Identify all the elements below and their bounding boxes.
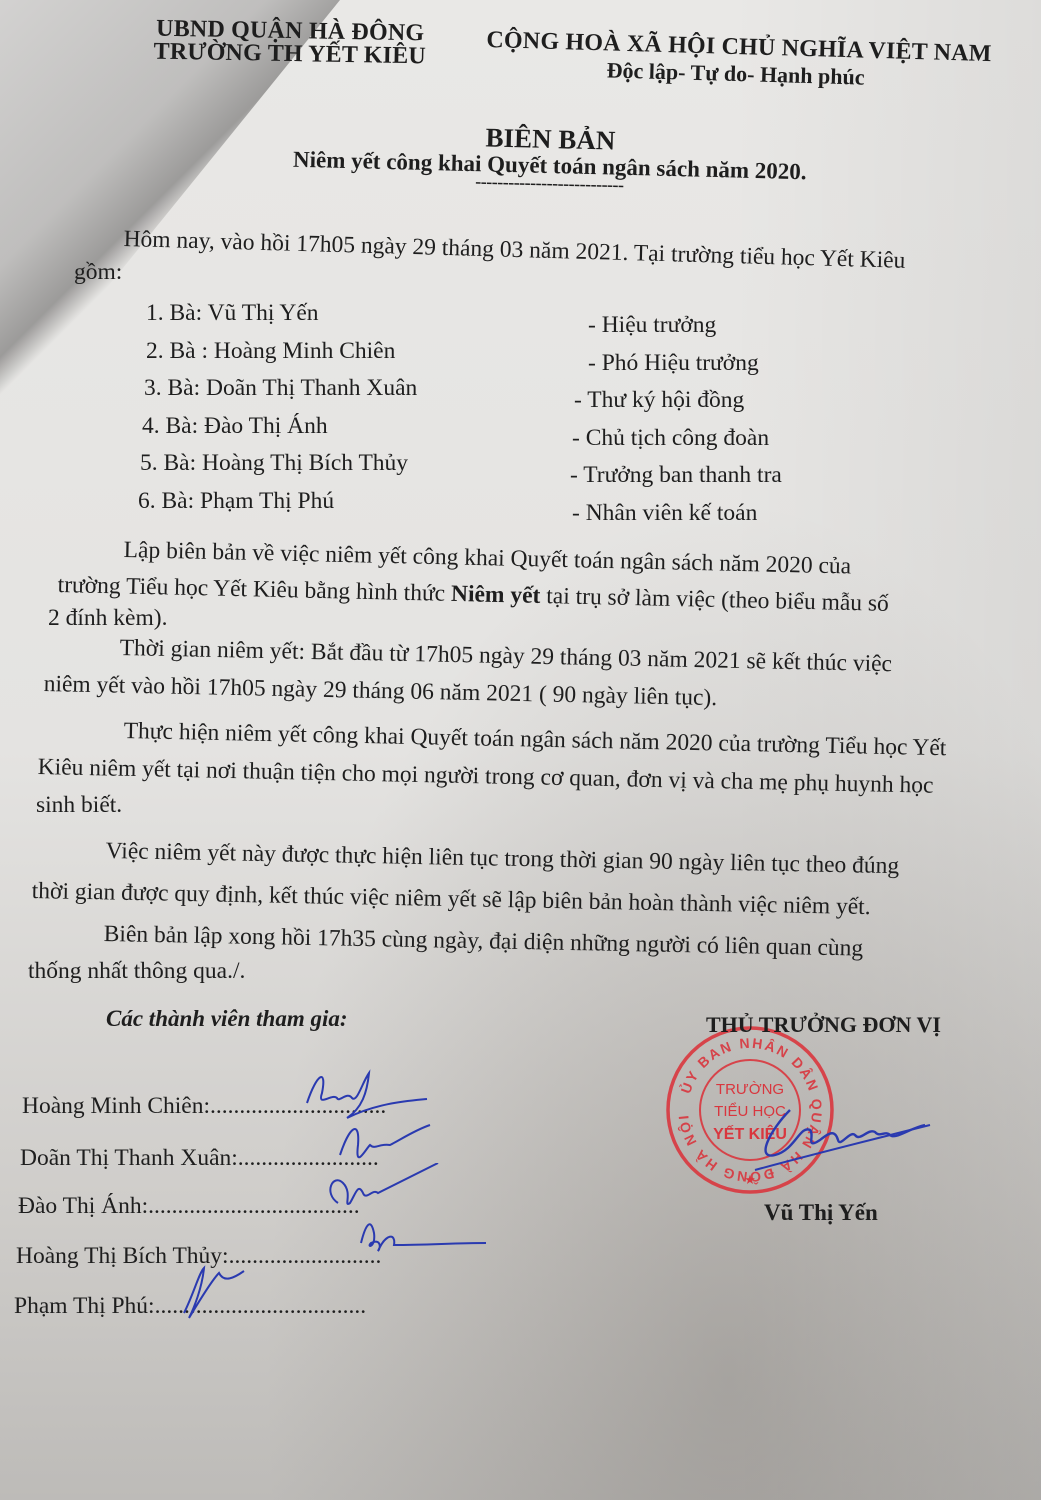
intro-line2: gồm: bbox=[74, 259, 122, 286]
member-role: - Phó Hiệu trưởng bbox=[588, 350, 759, 377]
intro-line1: Hôm nay, vào hồi 17h05 ngày 29 tháng 03 … bbox=[123, 226, 905, 275]
participant-signature-line: Phạm Thị Phú:...........................… bbox=[14, 1293, 366, 1320]
participant-name: Doãn Thị Thanh Xuân: bbox=[20, 1145, 238, 1171]
participant-name: Hoàng Thị Bích Thủy: bbox=[16, 1243, 229, 1269]
signature-dots: .................................... bbox=[148, 1193, 360, 1219]
member-name: 3. Bà: Doãn Thị Thanh Xuân bbox=[144, 375, 417, 402]
school-stamp: ỦY BAN NHÂN DÂN QUẬN HÀ ĐÔNG HÀ NỘI TRƯỜ… bbox=[664, 1024, 836, 1196]
member-name: 6. Bà: Phạm Thị Phú bbox=[138, 488, 334, 515]
p1-line2-bold: Niêm yết bbox=[451, 581, 541, 609]
participant-name: Đào Thị Ánh: bbox=[18, 1193, 148, 1219]
member-name: 4. Bà: Đào Thị Ánh bbox=[142, 413, 328, 440]
p3-line1: Thực hiện niêm yết công khai Quyết toán … bbox=[123, 718, 946, 762]
p3-line3: sinh biết. bbox=[36, 792, 122, 819]
signature-dots: .......................... bbox=[229, 1243, 382, 1269]
head-of-unit-title: THỦ TRƯỞNG ĐƠN VỊ bbox=[706, 1012, 941, 1038]
member-role: - Trưởng ban thanh tra bbox=[570, 462, 782, 489]
p5-line2: thống nhất thông qua./. bbox=[28, 958, 245, 985]
p5-line1: Biên bản lập xong hồi 17h35 cùng ngày, đ… bbox=[103, 921, 863, 963]
national-header: CỘNG HOÀ XÃ HỘI CHỦ NGHĨA VIỆT NAM Độc l… bbox=[485, 27, 986, 94]
p2-line2: niêm yết vào hồi 17h05 ngày 29 tháng 06 … bbox=[43, 671, 717, 712]
participant-name: Hoàng Minh Chiên: bbox=[22, 1093, 210, 1119]
p1-line2: trường Tiểu học Yết Kiêu bằng hình thức … bbox=[57, 572, 889, 618]
participant-signature-line: Doãn Thị Thanh Xuân:....................… bbox=[20, 1145, 379, 1172]
participant-signature-line: Hoàng Thị Bích Thủy:....................… bbox=[16, 1243, 381, 1270]
stamp-line-1: TRƯỜNG bbox=[716, 1081, 784, 1098]
p3-line2: Kiêu niêm yết tại nơi thuận tiện cho mọi… bbox=[37, 754, 933, 800]
member-role: - Nhân viên kế toán bbox=[572, 500, 757, 527]
member-role: - Thư ký hội đồng bbox=[574, 387, 744, 414]
p2-line1: Thời gian niêm yết: Bắt đầu từ 17h05 ngà… bbox=[119, 635, 892, 678]
member-name: 2. Bà : Hoàng Minh Chiên bbox=[146, 338, 395, 365]
stamp-line-2: TIỂU HỌC bbox=[714, 1102, 786, 1120]
stamp-star-icon: ★ bbox=[744, 1173, 756, 1188]
participant-signature-line: Hoàng Minh Chiên:.......................… bbox=[22, 1093, 386, 1120]
document-title-block: BIÊN BẢN Niêm yết công khai Quyết toán n… bbox=[239, 116, 861, 201]
p1-line3: 2 đính kèm). bbox=[48, 605, 167, 632]
p1-line2-text-post: tại trụ sở làm việc (theo biểu mẫu số bbox=[540, 583, 889, 617]
head-of-unit-name: Vũ Thị Yến bbox=[764, 1200, 878, 1226]
stamp-line-3: YẾT KIÊU bbox=[713, 1124, 787, 1143]
signature-dots: ........................ bbox=[238, 1145, 379, 1171]
signature-dots: .............................. bbox=[210, 1093, 386, 1119]
school-name: TRƯỜNG TH YẾT KIÊU bbox=[140, 38, 440, 70]
member-role: - Chủ tịch công đoàn bbox=[572, 425, 769, 452]
agency-header: UBND QUẬN HÀ ĐÔNG TRƯỜNG TH YẾT KIÊU bbox=[140, 15, 441, 70]
participant-signature-line: Đào Thị Ánh:............................… bbox=[18, 1193, 360, 1220]
p1-line1: Lập biên bản về việc niêm yết công khai … bbox=[123, 537, 851, 581]
participant-name: Phạm Thị Phú: bbox=[14, 1293, 155, 1319]
member-role: - Hiệu trưởng bbox=[588, 312, 716, 339]
signature-dots: .................................... bbox=[155, 1293, 367, 1319]
participants-heading: Các thành viên tham gia: bbox=[106, 1006, 348, 1032]
member-name: 5. Bà: Hoàng Thị Bích Thủy bbox=[140, 450, 408, 477]
member-name: 1. Bà: Vũ Thị Yến bbox=[146, 300, 319, 327]
p4-line1: Việc niêm yết này được thực hiện liên tụ… bbox=[105, 838, 899, 880]
p1-line2-text: trường Tiểu học Yết Kiêu bằng hình thức bbox=[57, 572, 451, 607]
p4-line2: thời gian được quy định, kết thúc việc n… bbox=[31, 878, 870, 921]
